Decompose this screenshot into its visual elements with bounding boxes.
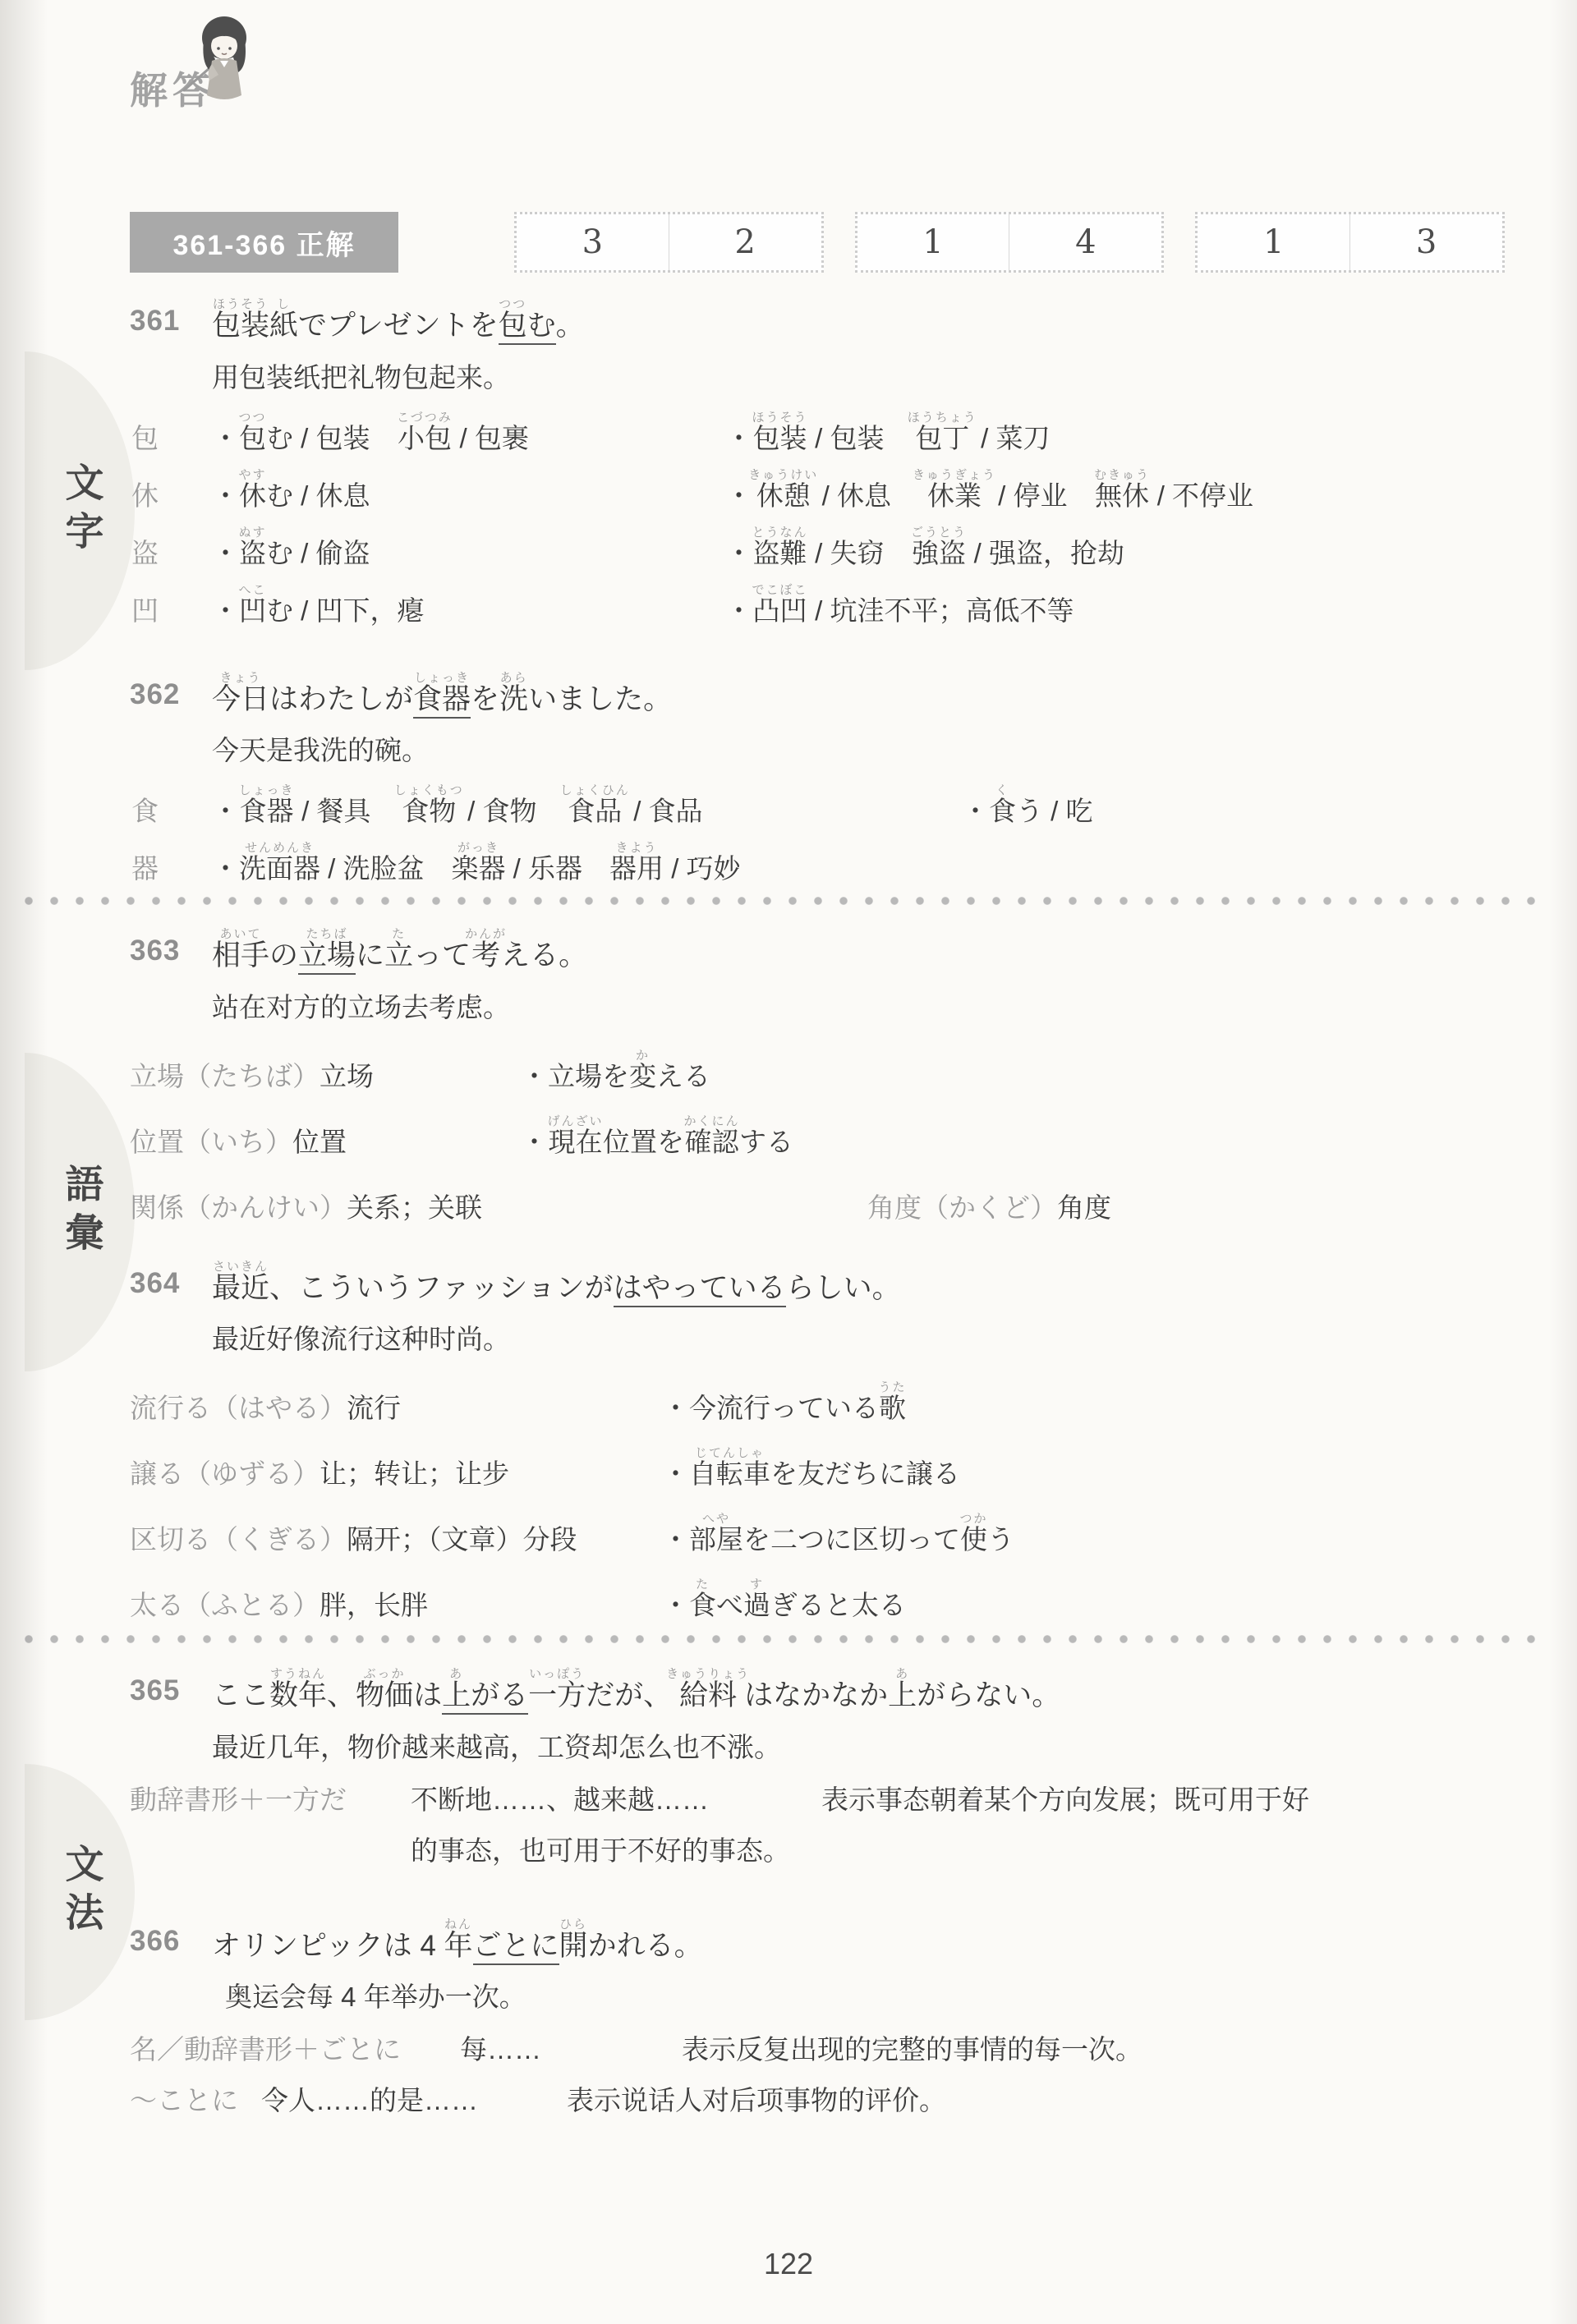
dotted-divider	[25, 1634, 1549, 1644]
question-number: 362	[130, 676, 180, 714]
grammar-explanation: 表示反复出现的完整的事情的每一次。	[682, 2028, 1143, 2067]
kanji-head: 休	[131, 475, 159, 513]
question-translation: 奥运会每 4 年举办一次。	[130, 1976, 1505, 2014]
answer-range-label: 361-366 正解	[130, 212, 398, 273]
vocab-row: 包 ・包つつむ / 包装 小包こづつみ / 包裹 ・包装ほうそう / 包装 包丁…	[130, 405, 1505, 462]
question-sentence: 包装ほうそう紙しでプレゼントを包つつむ。	[212, 310, 585, 345]
term-example: ・食たべ過すぎると太る	[662, 1578, 906, 1623]
term-entry: 位置（いち）位置	[130, 1121, 347, 1160]
term-example: ・部屋へやを二つに区切って使つかう	[662, 1512, 1014, 1557]
term-example: ・立場を変かえる	[521, 1049, 710, 1094]
answer-section-header: 解答	[130, 0, 1505, 191]
sidebar-tab-bunpo-label: 文法	[50, 1844, 110, 1940]
grammar-explanation-line2: 的事态，也可用于不好的事态。	[411, 1830, 790, 1868]
question-sentence-line: 362 今日きょうはわたしが食器しょっきを洗あらいました。	[130, 661, 1505, 719]
vocab-cell-left: ・食器しょっき / 餐具 食物しょくもつ / 食物 食品しょくひん / 食品	[212, 783, 703, 829]
question-translation: 用包装纸把礼物包起来。	[130, 356, 1505, 395]
answer-cell-group-2: 1 4	[855, 212, 1165, 273]
question-sentence-line: 361 包装ほうそう紙しでプレゼントを包つつむ。	[130, 287, 1505, 345]
teacher-girl-illustration	[176, 10, 263, 108]
term-entry: 太る（ふとる）胖，长胖	[130, 1584, 428, 1623]
answer-cell-361: 3	[517, 214, 669, 270]
answer-cell-group-1: 3 2	[514, 212, 824, 273]
vocab-cell-left: ・休やすむ / 休息	[212, 468, 370, 513]
term-entry: 関係（かんけい）关系；关联	[130, 1187, 482, 1225]
term-example: ・今流行っている歌うた	[662, 1380, 907, 1426]
question-translation: 今天是我洗的碗。	[130, 729, 1505, 768]
grammar-pattern-label: 動辞書形＋一方だ	[130, 1779, 347, 1817]
question-sentence: 相手あいての立場たちばに立たって考かんがえる。	[212, 939, 587, 975]
sidebar-tab-goi-label: 語彙	[50, 1164, 110, 1261]
term-row: 流行る（はやる）流行 ・今流行っている歌うた	[130, 1366, 1505, 1432]
sidebar-tab-bunpo: 文法	[25, 1764, 135, 2020]
page-right-edge-shading	[1549, 0, 1577, 2324]
answer-cell-364: 4	[1009, 214, 1161, 270]
vocab-block: 包 ・包つつむ / 包装 小包こづつみ / 包裹 ・包装ほうそう / 包装 包丁…	[130, 405, 1505, 635]
vocab-cell-right: ・食くう / 吃	[962, 783, 1093, 829]
grammar-explanation: 表示说话人对后项事物的评价。	[567, 2079, 946, 2118]
answer-cell-366: 3	[1349, 214, 1502, 270]
term-row: 関係（かんけい）关系；关联 角度（かくど）角度	[130, 1166, 1505, 1232]
answer-bar: 361-366 正解 3 2 1 4 1 3	[130, 212, 1505, 273]
term-row: 太る（ふとる）胖，长胖 ・食たべ過すぎると太る	[130, 1564, 1505, 1629]
term-entry: 区切る（くぎる）隔开；（文章）分段	[130, 1518, 577, 1557]
term-row: 位置（いち）位置 ・現在げんざい位置を確認かくにんする	[130, 1100, 1505, 1166]
grammar-pattern-label: ～ことに	[130, 2079, 238, 2118]
vocab-cell-right: ・盗難とうなん / 失窃 強盗ごうとう / 强盗，抢劫	[725, 526, 1124, 571]
question-361: 361 包装ほうそう紙しでプレゼントを包つつむ。 用包装纸把礼物包起来。 包 ・…	[130, 287, 1505, 635]
term-block: 流行る（はやる）流行 ・今流行っている歌うた 譲る（ゆずる）让；转让；让步 ・自…	[130, 1366, 1505, 1629]
question-translation: 最近几年，物价越来越高，工资却怎么也不涨。	[130, 1726, 1505, 1765]
question-number: 361	[130, 302, 180, 340]
answer-cell-363: 1	[857, 214, 1009, 270]
vocab-block: 食 ・食器しょっき / 餐具 食物しょくもつ / 食物 食品しょくひん / 食品…	[130, 778, 1505, 893]
question-363: 363 相手あいての立場たちばに立たって考かんがえる。 站在对方的立场去考虑。 …	[130, 917, 1505, 1232]
kanji-head: 凹	[131, 590, 159, 628]
grammar-pattern-meaning: 不断地……、越来越……	[411, 1779, 709, 1817]
grammar-row-continued: 的事态，也可用于不好的事态。	[130, 1824, 1505, 1875]
vocab-row: 凹 ・凹へこむ / 凹下，瘪 ・凸凹でこぼこ / 坑洼不平；高低不等	[130, 577, 1505, 635]
question-sentence: オリンピックは 4 年ねんごとに開ひらかれる。	[212, 1930, 703, 1965]
sidebar-tab-moji: 文字	[25, 351, 135, 670]
question-translation: 站在对方的立场去考虑。	[130, 986, 1505, 1025]
grammar-row: ～ことに 令人……的是…… 表示说话人对后项事物的评价。	[130, 2074, 1505, 2124]
question-366: 366 オリンピックは 4 年ねんごとに開ひらかれる。 奥运会每 4 年举办一次…	[130, 1908, 1505, 2125]
vocab-cell-left: ・凹へこむ / 凹下，瘪	[212, 583, 425, 628]
question-number: 366	[130, 1922, 180, 1960]
term-block: 立場（たちば）立场 ・立場を変かえる 位置（いち）位置 ・現在げんざい位置を確認…	[130, 1035, 1505, 1232]
question-sentence-line: 364 最近さいきん、こういうファッションがはやっているらしい。	[130, 1250, 1505, 1307]
vocab-row: 盗 ・盗ぬすむ / 偷盗 ・盗難とうなん / 失窃 強盗ごうとう / 强盗，抢劫	[130, 520, 1505, 577]
term-entry: 流行る（はやる）流行	[130, 1387, 401, 1426]
kanji-head: 盗	[131, 532, 159, 571]
term-example: ・自転車じてんしゃを友だちに譲る	[662, 1446, 960, 1491]
question-number: 364	[130, 1265, 180, 1302]
kanji-head: 器	[131, 847, 159, 886]
term-row: 立場（たちば）立场 ・立場を変かえる	[130, 1035, 1505, 1100]
question-sentence-line: 365 ここ数年すうねん、物価ぶっかは上あがる一方いっぽうだが、給料きゅうりょう…	[130, 1657, 1505, 1715]
question-sentence-line: 366 オリンピックは 4 年ねんごとに開ひらかれる。	[130, 1908, 1505, 1965]
question-sentence: 最近さいきん、こういうファッションがはやっているらしい。	[212, 1272, 901, 1307]
vocab-cell-left: ・包つつむ / 包装 小包こづつみ / 包裹	[212, 411, 529, 456]
vocab-row: 休 ・休やすむ / 休息 ・休憩きゅうけい / 休息 休業きゅうぎょう / 停业…	[130, 462, 1505, 520]
kanji-head: 包	[131, 417, 159, 456]
question-translation: 最近好像流行这种时尚。	[130, 1318, 1505, 1357]
question-364: 364 最近さいきん、こういうファッションがはやっているらしい。 最近好像流行这…	[130, 1250, 1505, 1630]
grammar-block: 名／動辞書形＋ごとに 每…… 表示反复出现的完整的事情的每一次。 ～ことに 令人…	[130, 2023, 1505, 2124]
answer-cell-362: 2	[669, 214, 821, 270]
grammar-row: 名／動辞書形＋ごとに 每…… 表示反复出现的完整的事情的每一次。	[130, 2023, 1505, 2074]
vocab-cell-left: ・洗面器せんめんき / 洗脸盆 楽器がっき / 乐器 器用きよう / 巧妙	[212, 841, 741, 886]
vocab-cell-right: ・休憩きゅうけい / 休息 休業きゅうぎょう / 停业 無休むきゅう / 不停业	[725, 468, 1253, 513]
kanji-head: 食	[131, 790, 159, 829]
sidebar-tab-moji-label: 文字	[50, 462, 110, 559]
page-content: 解答 361-366 正解 3 2 1 4 1 3	[130, 0, 1505, 2124]
vocab-cell-right: ・包装ほうそう / 包装 包丁ほうちょう / 菜刀	[725, 411, 1051, 456]
sidebar-tab-goi: 語彙	[25, 1053, 135, 1371]
vocab-row: 器 ・洗面器せんめんき / 洗脸盆 楽器がっき / 乐器 器用きよう / 巧妙	[130, 835, 1505, 893]
term-row: 区切る（くぎる）隔开；（文章）分段 ・部屋へやを二つに区切って使つかう	[130, 1498, 1505, 1564]
term-entry-secondary: 角度（かくど）角度	[867, 1187, 1111, 1225]
question-362: 362 今日きょうはわたしが食器しょっきを洗あらいました。 今天是我洗的碗。 食…	[130, 661, 1505, 893]
term-entry: 譲る（ゆずる）让；转让；让步	[130, 1453, 509, 1491]
grammar-row: 動辞書形＋一方だ 不断地……、越来越…… 表示事态朝着某个方向发展；既可用于好	[130, 1773, 1505, 1824]
question-number: 365	[130, 1672, 180, 1710]
grammar-block: 動辞書形＋一方だ 不断地……、越来越…… 表示事态朝着某个方向发展；既可用于好 …	[130, 1773, 1505, 1875]
answer-cell-group-3: 1 3	[1195, 212, 1505, 273]
question-365: 365 ここ数年すうねん、物価ぶっかは上あがる一方いっぽうだが、給料きゅうりょう…	[130, 1657, 1505, 1875]
grammar-pattern-meaning: 令人……的是……	[261, 2079, 478, 2118]
vocab-cell-right: ・凸凹でこぼこ / 坑洼不平；高低不等	[725, 583, 1074, 628]
question-sentence-line: 363 相手あいての立場たちばに立たって考かんがえる。	[130, 917, 1505, 975]
question-sentence: ここ数年すうねん、物価ぶっかは上あがる一方いっぽうだが、給料きゅうりょうはなかな…	[212, 1679, 1060, 1715]
vocab-row: 食 ・食器しょっき / 餐具 食物しょくもつ / 食物 食品しょくひん / 食品…	[130, 778, 1505, 835]
grammar-pattern-meaning: 每……	[460, 2028, 541, 2067]
question-sentence: 今日きょうはわたしが食器しょっきを洗あらいました。	[212, 683, 672, 719]
page-number: 122	[0, 2247, 1577, 2281]
vocab-cell-left: ・盗ぬすむ / 偷盗	[212, 526, 370, 571]
grammar-pattern-label: 名／動辞書形＋ごとに	[130, 2028, 401, 2067]
dotted-divider	[25, 896, 1549, 906]
term-example: ・現在げんざい位置を確認かくにんする	[521, 1114, 793, 1160]
term-row: 譲る（ゆずる）让；转让；让步 ・自転車じてんしゃを友だちに譲る	[130, 1432, 1505, 1498]
answer-bar-spacer	[398, 212, 514, 273]
term-entry: 立場（たちば）立场	[130, 1055, 374, 1094]
answer-cell-365: 1	[1198, 214, 1349, 270]
grammar-explanation: 表示事态朝着某个方向发展；既可用于好	[821, 1779, 1309, 1817]
question-number: 363	[130, 932, 180, 970]
